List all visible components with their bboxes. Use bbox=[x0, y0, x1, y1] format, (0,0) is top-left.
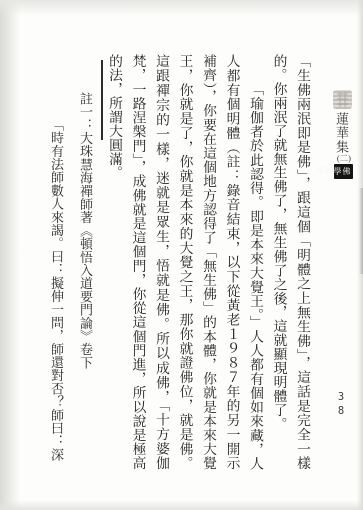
scan-edge-shadow-top bbox=[0, 0, 363, 16]
scan-binding-streak bbox=[359, 188, 363, 274]
note-divider-rule bbox=[101, 60, 103, 140]
footnote-line: 註一：大珠慧海禪師著《頓悟入道要門論》卷下 bbox=[71, 92, 100, 472]
volume-number: (二) bbox=[337, 152, 351, 164]
footnote-block: 註一：大珠慧海禪師著《頓悟入道要門論》卷下 「時有法師數人來謁。曰：擬伸一問，師… bbox=[38, 92, 100, 472]
category-label: 佛學與淨土 bbox=[334, 164, 353, 179]
scan-edge-shadow-left bbox=[0, 0, 20, 510]
paragraph: 「瑜伽者於此認得。即是本來大覺王。」人人都有個如來藏，人人都有個明體（註：錄音結… bbox=[103, 54, 268, 470]
paragraph: 「生佛兩泯即是佛」，跟這個「明體之上無生佛」，這話是完全一樣的。你兩泯了就無生佛… bbox=[267, 54, 314, 470]
publisher-seal-icon bbox=[333, 90, 352, 109]
page-background: 蓮華集 (二) 佛學與淨土 38 「生佛兩泯即是佛」，跟這個「明體之上無生佛」，… bbox=[0, 0, 363, 510]
scan-edge-shadow-bottom bbox=[0, 500, 363, 510]
footnote-line: 「時有法師數人來謁。曰：擬伸一問，師還對否？師曰：深 bbox=[42, 92, 71, 472]
page-number: 38 bbox=[335, 391, 347, 419]
scanned-book-page: { "header": { "title": "蓮華集", "volume": … bbox=[0, 0, 363, 510]
main-text-block: 「生佛兩泯即是佛」，跟這個「明體之上無生佛」，這話是完全一樣的。你兩泯了就無生佛… bbox=[98, 54, 314, 470]
